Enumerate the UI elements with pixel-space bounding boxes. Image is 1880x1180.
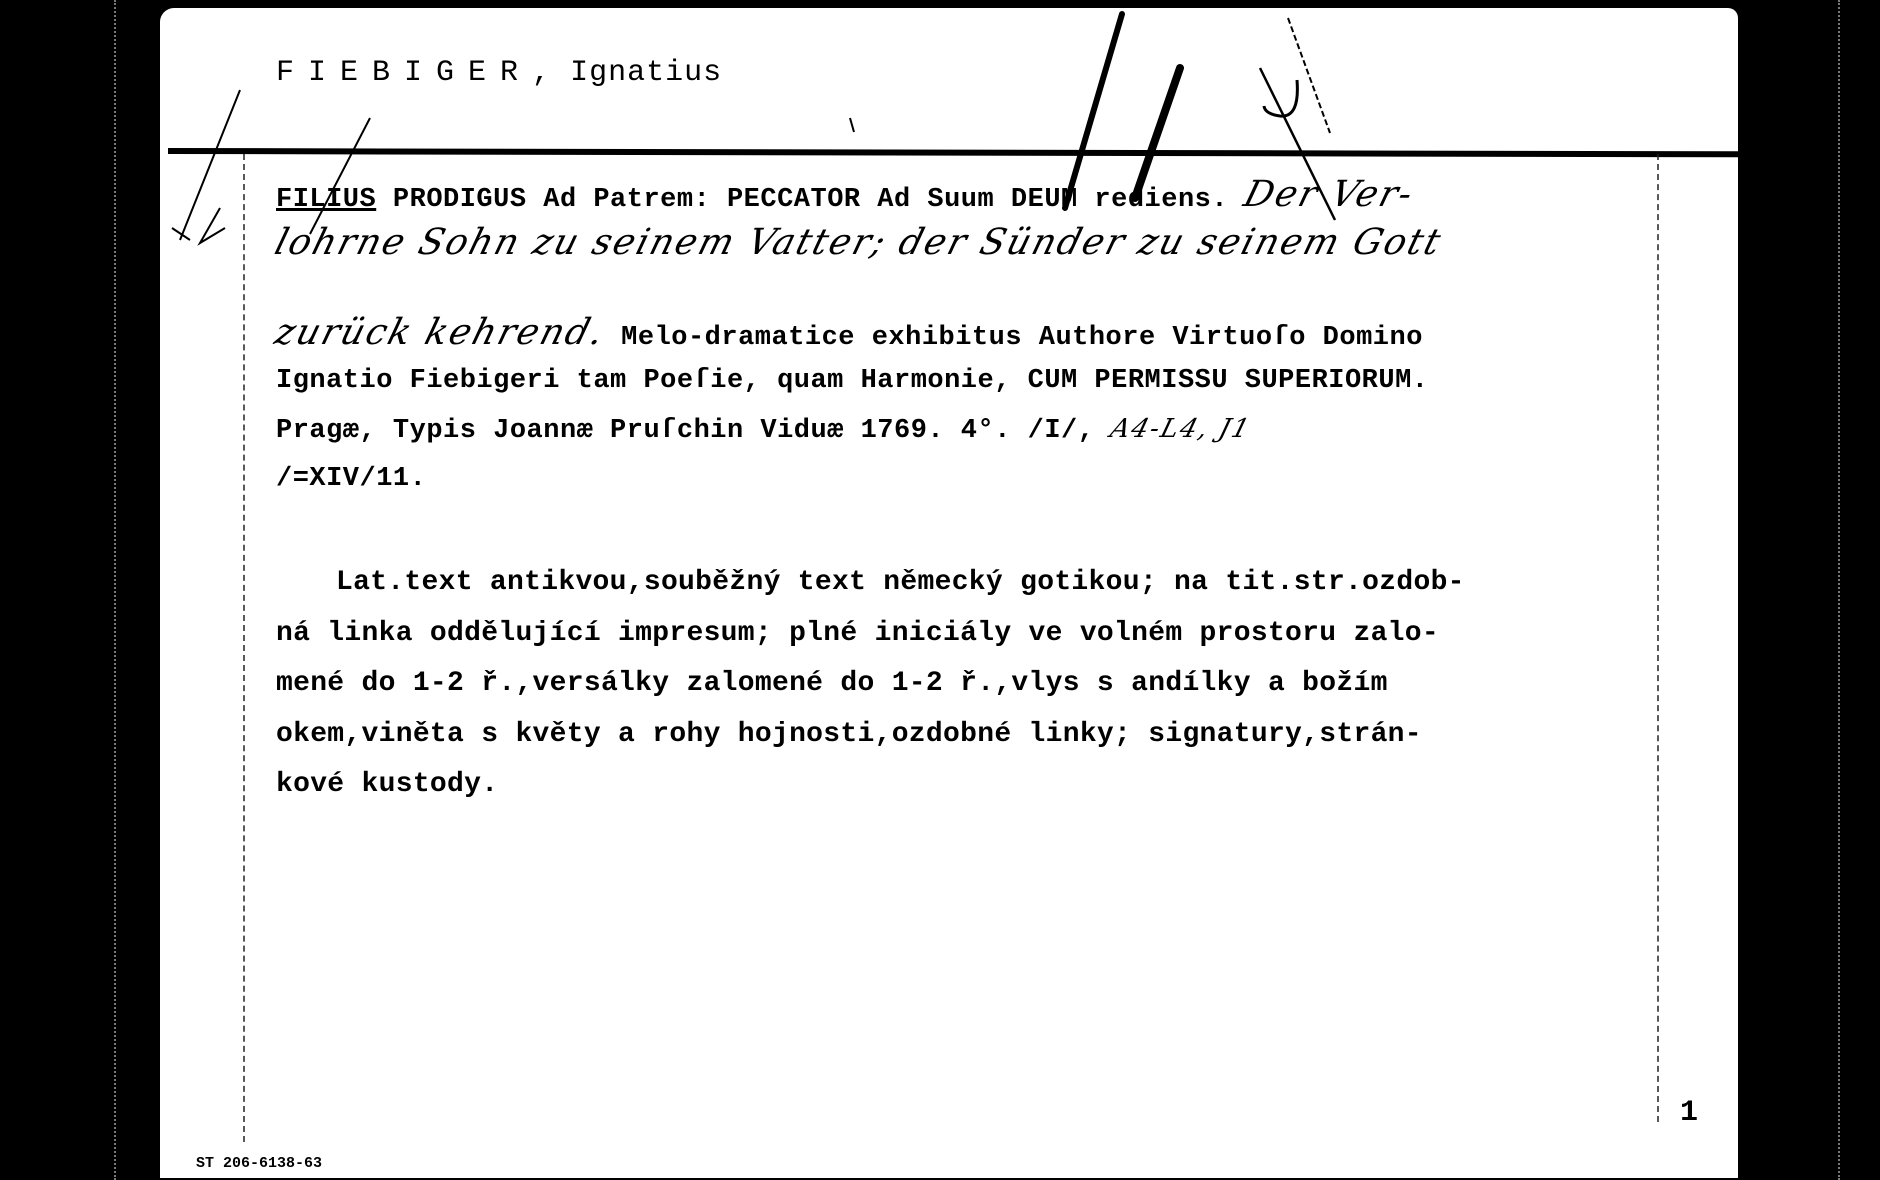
author-statement: Ignatio Fiebigeri tam Poeſie, quam Harmo… [276,366,1428,396]
scan-border-right [1838,0,1840,1180]
title-line-4: Ignatio Fiebigeri tam Poeſie, quam Harmo… [276,366,1428,396]
catalog-card: FIEBIGER, Ignatius FILIUS PRODIGUS Ad Pa… [160,8,1738,1178]
right-margin-line [1657,154,1659,1122]
scan-border-left [114,0,116,1180]
title-text: PRODIGUS Ad Patrem: PECCATOR Ad Suum DEU… [376,185,1228,215]
handwritten-title-start: Der Ver- [1239,174,1418,215]
card-heading: FIEBIGER, Ignatius [276,56,722,90]
description-paragraph: Lat.text antikvou,souběžný text německý … [276,558,1656,811]
description-line: okem,viněta s květy a rohy hojnosti,ozdo… [276,710,1656,761]
title-line-1: FILIUS PRODIGUS Ad Patrem: PECCATOR Ad S… [276,174,1413,215]
card-number: 1 [1680,1096,1698,1130]
shelf-mark: /=XIV/11. [276,464,426,494]
description-line: mené do 1-2 ř.,versálky zalomené do 1-2 … [276,659,1656,710]
description-line: ná linka oddělující impresum; plné inici… [276,609,1656,660]
description-line: Lat.text antikvou,souběžný text německý … [276,558,1656,609]
left-margin-line [243,154,245,1142]
publication-info: Pragæ, Typis Joannæ Pruſchin Viduæ 1769.… [276,416,1094,446]
heading-rule [168,148,1738,157]
imprint-text: Melo-dramatice exhibitus Authore Virtuoſ… [604,323,1422,353]
author-given-name: Ignatius [570,56,722,90]
title-keyword: FILIUS [276,185,376,215]
handwritten-title-middle: lohrne Sohn zu seinem Vatter; der Sünder… [271,222,1447,263]
handwritten-title-end: zurück kehrend. [271,312,610,353]
description-line: kové kustody. [276,760,1656,811]
collation-handwritten: A4-L4, J1 [1107,414,1254,444]
heading-separator: , [532,56,551,90]
title-line-6: /=XIV/11. [276,464,426,494]
title-line-5: Pragæ, Typis Joannæ Pruſchin Viduæ 1769.… [276,414,1251,446]
print-code: ST 206-6138-63 [196,1155,322,1172]
title-line-2: lohrne Sohn zu seinem Vatter; der Sünder… [276,222,1441,263]
title-line-3: zurück kehrend. Melo-dramatice exhibitus… [276,312,1423,353]
author-surname: FIEBIGER [276,56,532,90]
